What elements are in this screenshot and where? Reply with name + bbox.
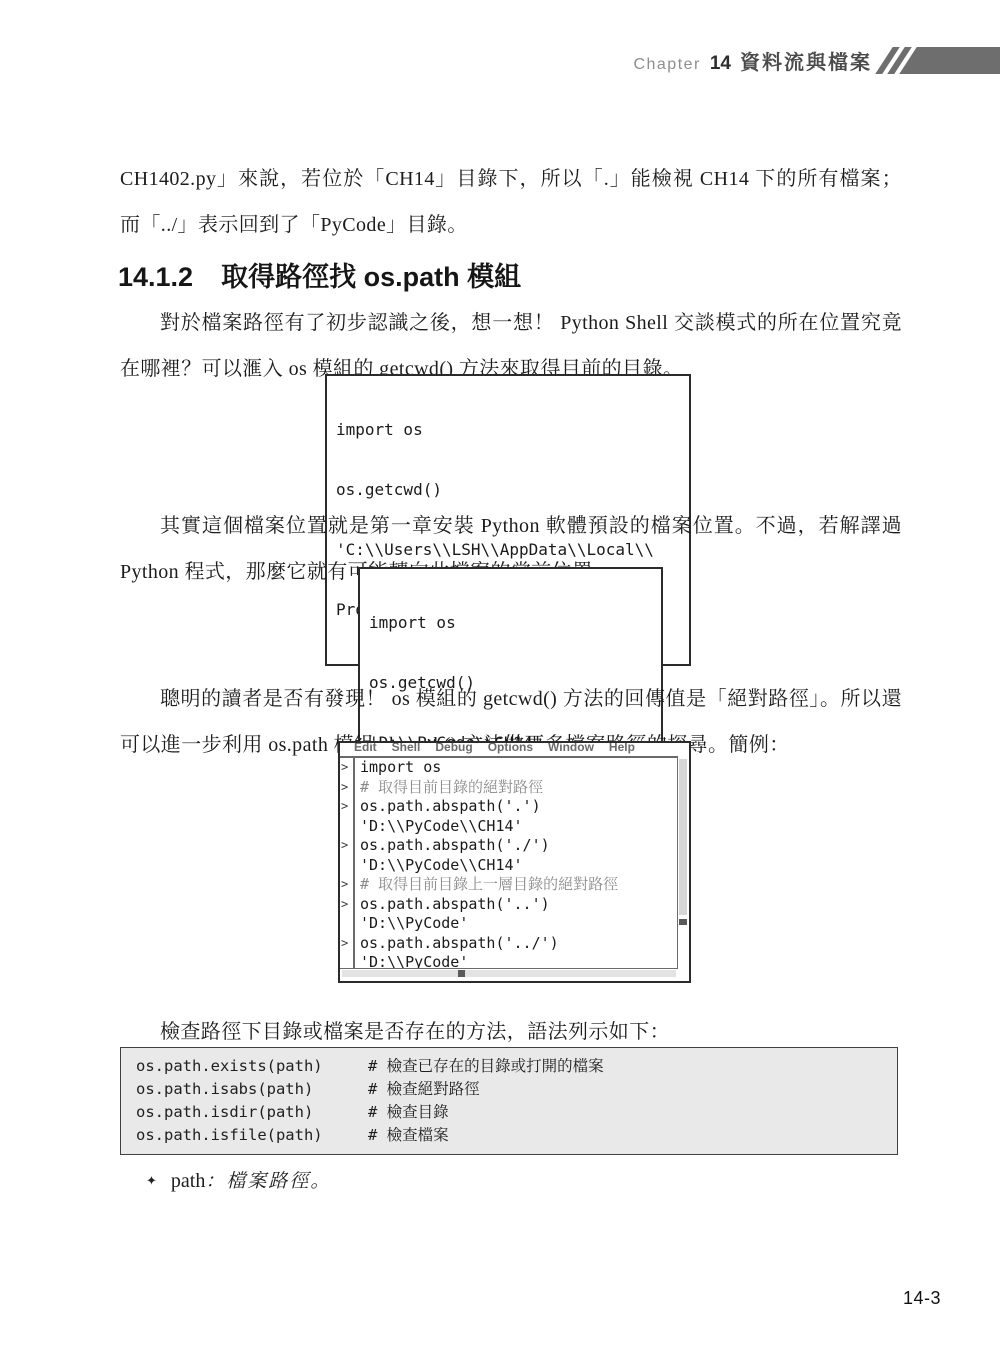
section-heading: 14.1.2取得路徑找 os.path 模組 [118,255,521,294]
prompt-marker: > [340,778,353,798]
idle-shell-rows: >import os ># 取得目前目錄的絕對路徑 >os.path.abspa… [340,756,678,969]
idle-shell-screenshot: Edit Shell Debug Options Window Help >im… [338,741,691,983]
syntax-row: os.path.isabs(path)# 檢查絕對路徑 [136,1078,887,1101]
parameter-bullet: ✦path：檔案路徑。 [146,1166,331,1193]
idle-shell-body: >import os ># 取得目前目錄的絕對路徑 >os.path.abspa… [340,756,689,977]
shell-line: 'D:\\PyCode\\CH14' [340,856,677,876]
page-header: Chapter 14 資料流與檔案 [0,45,1000,75]
chapter-title: 資料流與檔案 [740,46,872,75]
prompt-marker: > [340,895,353,915]
prompt-marker: > [340,875,353,895]
section-title: 取得路徑找 os.path 模組 [221,262,521,292]
bullet-description: ：檔案路徑。 [205,1171,331,1192]
chapter-number: 14 [710,53,731,75]
menu-item-options: Options [488,743,533,756]
prompt-marker: > [340,934,353,954]
menu-item-shell: Shell [392,743,421,756]
bullet-diamond-icon: ✦ [146,1173,157,1188]
vertical-scrollbar-thumb [679,919,687,925]
vertical-scrollbar [679,759,687,915]
syntax-summary-box: os.path.exists(path)# 檢查已存在的目錄或打開的檔案 os.… [120,1047,898,1155]
shell-line: >os.path.abspath('../') [340,934,677,954]
shell-line: ># 取得目前目錄上一層目錄的絕對路徑 [340,875,677,895]
syntax-row: os.path.isdir(path)# 檢查目錄 [136,1101,887,1124]
shell-line: 'D:\\PyCode' [340,953,677,969]
shell-line: 'D:\\PyCode\\CH14' [340,817,677,837]
code-line: import os [369,613,652,633]
bullet-term: path [171,1170,205,1192]
shell-line: 'D:\\PyCode' [340,914,677,934]
horizontal-scrollbar-thumb [458,970,465,977]
shell-line: ># 取得目前目錄的絕對路徑 [340,778,677,798]
menu-item-window: Window [548,743,594,756]
section-number: 14.1.2 [118,262,193,292]
horizontal-scrollbar [342,970,676,977]
idle-menubar: Edit Shell Debug Options Window Help [340,743,689,756]
code-line: import os [336,420,680,440]
prompt-marker: > [340,836,353,856]
menu-item-debug: Debug [435,743,472,756]
shell-line: >os.path.abspath('./') [340,836,677,856]
menu-item-help: Help [609,743,635,756]
prompt-marker: > [340,758,353,778]
syntax-row: os.path.isfile(path)# 檢查檔案 [136,1124,887,1147]
syntax-row: os.path.exists(path)# 檢查已存在的目錄或打開的檔案 [136,1055,887,1078]
book-page: Chapter 14 資料流與檔案 CH1402.py」來說，若位於「CH14」… [0,0,1000,1353]
page-number: 14-3 [903,1288,941,1309]
code-line: os.getcwd() [336,480,680,500]
intro-paragraph: CH1402.py」來說，若位於「CH14」目錄下，所以「.」能檢視 CH14 … [120,156,902,248]
menu-item-edit: Edit [354,743,377,756]
shell-line: >import os [340,758,677,778]
header-bar-decoration [899,47,1000,74]
shell-line: >os.path.abspath('.') [340,797,677,817]
shell-line: >os.path.abspath('..') [340,895,677,915]
prompt-marker: > [340,797,353,817]
chapter-header-text: Chapter 14 資料流與檔案 [633,46,872,75]
chapter-label: Chapter [633,56,700,74]
